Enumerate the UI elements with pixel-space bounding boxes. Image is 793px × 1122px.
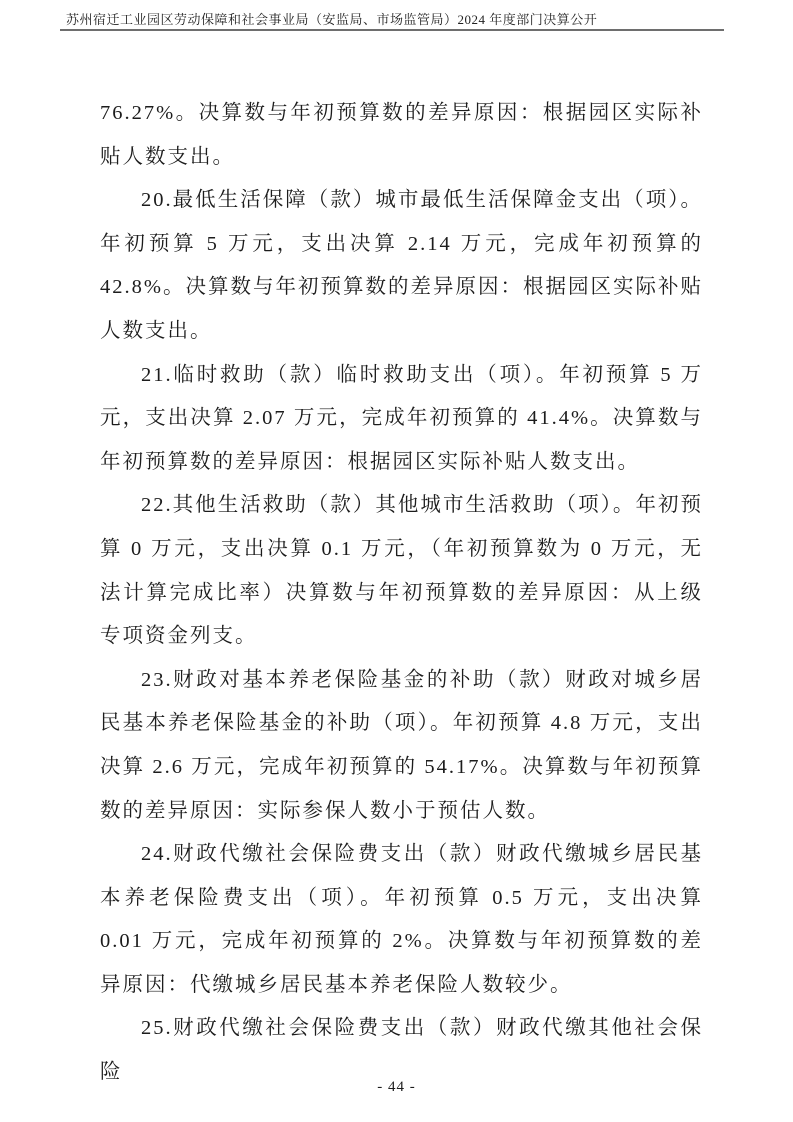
body-paragraph: 24.财政代缴社会保险费支出（款）财政代缴城乡居民基本养老保险费支出（项）。年初… bbox=[100, 833, 703, 1007]
header-rule bbox=[60, 29, 724, 31]
body-paragraph: 76.27%。决算数与年初预算数的差异原因：根据园区实际补贴人数支出。 bbox=[100, 92, 703, 179]
body-paragraph: 23.财政对基本养老保险基金的补助（款）财政对城乡居民基本养老保险基金的补助（项… bbox=[100, 659, 703, 833]
body-paragraph: 20.最低生活保障（款）城市最低生活保障金支出（项）。年初预算 5 万元，支出决… bbox=[100, 179, 703, 353]
header-title: 苏州宿迁工业园区劳动保障和社会事业局（安监局、市场监管局）2024 年度部门决算… bbox=[66, 12, 597, 28]
body-paragraph: 22.其他生活救助（款）其他城市生活救助（项）。年初预算 0 万元，支出决算 0… bbox=[100, 484, 703, 658]
page-footer: - 44 - bbox=[0, 1078, 793, 1096]
page-number: - 44 - bbox=[377, 1079, 416, 1095]
document-page: 苏州宿迁工业园区劳动保障和社会事业局（安监局、市场监管局）2024 年度部门决算… bbox=[0, 0, 793, 1122]
document-body: 76.27%。决算数与年初预算数的差异原因：根据园区实际补贴人数支出。 20.最… bbox=[100, 92, 703, 1095]
body-paragraph: 21.临时救助（款）临时救助支出（项）。年初预算 5 万元，支出决算 2.07 … bbox=[100, 354, 703, 485]
